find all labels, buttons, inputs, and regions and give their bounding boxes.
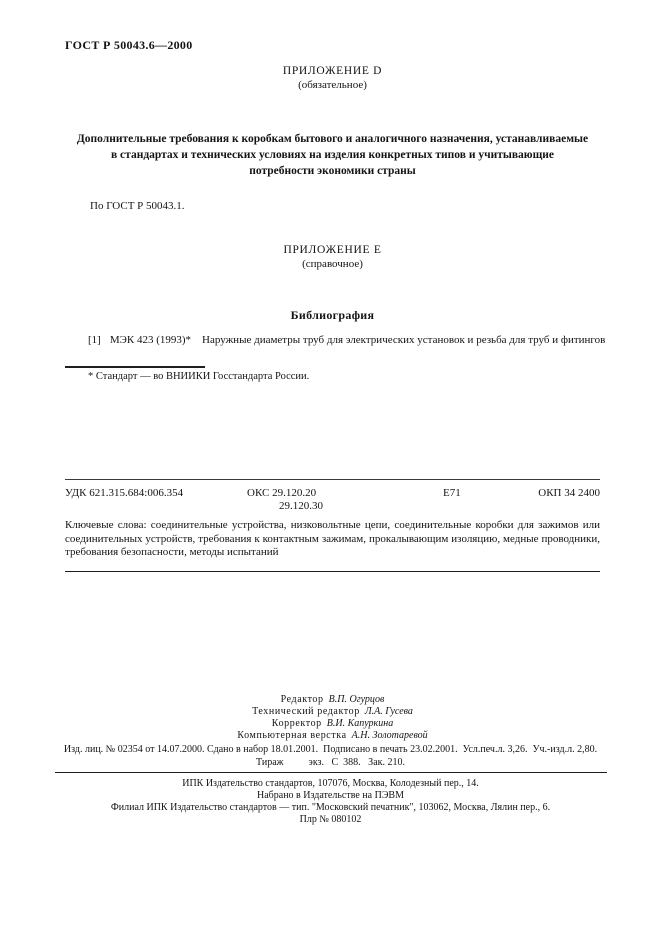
- staff-name: Л.А. Гусева: [365, 706, 413, 717]
- bibliography-entry-code: МЭК 423 (1993)*: [110, 334, 191, 346]
- publisher-address: ИПК Издательство стандартов, 107076, Мос…: [0, 778, 661, 790]
- keywords-separator-rule: [65, 571, 600, 572]
- staff-credits: РедакторВ.П. Огурцов Технический редакто…: [65, 694, 600, 742]
- codes-separator-rule: [65, 479, 600, 480]
- okp-code: ОКП 34 2400: [503, 487, 600, 499]
- appendix-d-title-line-2: в стандартах и технических условиях на и…: [65, 147, 600, 163]
- staff-row-layout: Компьютерная версткаА.Н. Золотаревой: [65, 730, 600, 742]
- appendix-d-title-line-1: Дополнительные требования к коробкам быт…: [65, 131, 600, 147]
- bibliography-entry: [1]МЭК 423 (1993)*Наружные диаметры труб…: [88, 334, 605, 346]
- bibliography-heading: Библиография: [65, 308, 600, 323]
- staff-row-technical-editor: Технический редакторЛ.А. Гусева: [65, 706, 600, 718]
- oks-code-line-2: 29.120.30: [279, 500, 323, 512]
- appendix-e-heading: ПРИЛОЖЕНИЕ Е: [65, 244, 600, 256]
- staff-name: В.И. Капуркина: [327, 718, 393, 729]
- publisher-block: ИПК Издательство стандартов, 107076, Мос…: [0, 778, 661, 826]
- imprint-print-run-line: Тираж экз. С 388. Зак. 210.: [0, 757, 661, 768]
- imprint-license-line: Изд. лиц. № 02354 от 14.07.2000. Сдано в…: [0, 744, 661, 755]
- appendix-e-type: (справочное): [65, 258, 600, 270]
- appendix-d-type: (обязательное): [65, 79, 600, 91]
- footnote-rule: [65, 366, 205, 368]
- staff-role: Корректор: [272, 718, 322, 729]
- staff-name: В.П. Огурцов: [329, 694, 385, 705]
- oks-code-line-1: ОКС 29.120.20: [247, 487, 316, 499]
- footnote-text: * Стандарт — во ВНИИКИ Госстандарта Росс…: [88, 371, 309, 382]
- imprint-separator-rule: [55, 772, 607, 773]
- document-page: ГОСТ Р 50043.6—2000 ПРИЛОЖЕНИЕ D (обязат…: [0, 0, 661, 936]
- typesetting-note: Набрано в Издательстве на ПЭВМ: [0, 790, 661, 802]
- appendix-d-body: По ГОСТ Р 50043.1.: [90, 200, 185, 212]
- print-license-number: Плр № 080102: [0, 814, 661, 826]
- appendix-d-title-line-3: потребности экономики страны: [65, 163, 600, 179]
- staff-row-editor: РедакторВ.П. Огурцов: [65, 694, 600, 706]
- staff-row-proofreader: КорректорВ.И. Капуркина: [65, 718, 600, 730]
- keywords-paragraph: Ключевые слова: соединительные устройств…: [65, 519, 600, 560]
- printer-address: Филиал ИПК Издательство стандартов — тип…: [0, 802, 661, 814]
- udk-code: УДК 621.315.684:006.354: [65, 487, 183, 499]
- appendix-d-heading: ПРИЛОЖЕНИЕ D: [65, 65, 600, 77]
- staff-role: Компьютерная верстка: [237, 730, 346, 741]
- staff-role: Редактор: [281, 694, 324, 705]
- staff-role: Технический редактор: [252, 706, 360, 717]
- doc-number: ГОСТ Р 50043.6—2000: [65, 38, 193, 53]
- classification-code: Е71: [443, 487, 461, 499]
- appendix-d-title: Дополнительные требования к коробкам быт…: [65, 131, 600, 179]
- staff-name: А.Н. Золотаревой: [352, 730, 428, 741]
- bibliography-entry-text: Наружные диаметры труб для электрических…: [202, 334, 605, 346]
- bibliography-entry-number: [1]: [88, 334, 101, 346]
